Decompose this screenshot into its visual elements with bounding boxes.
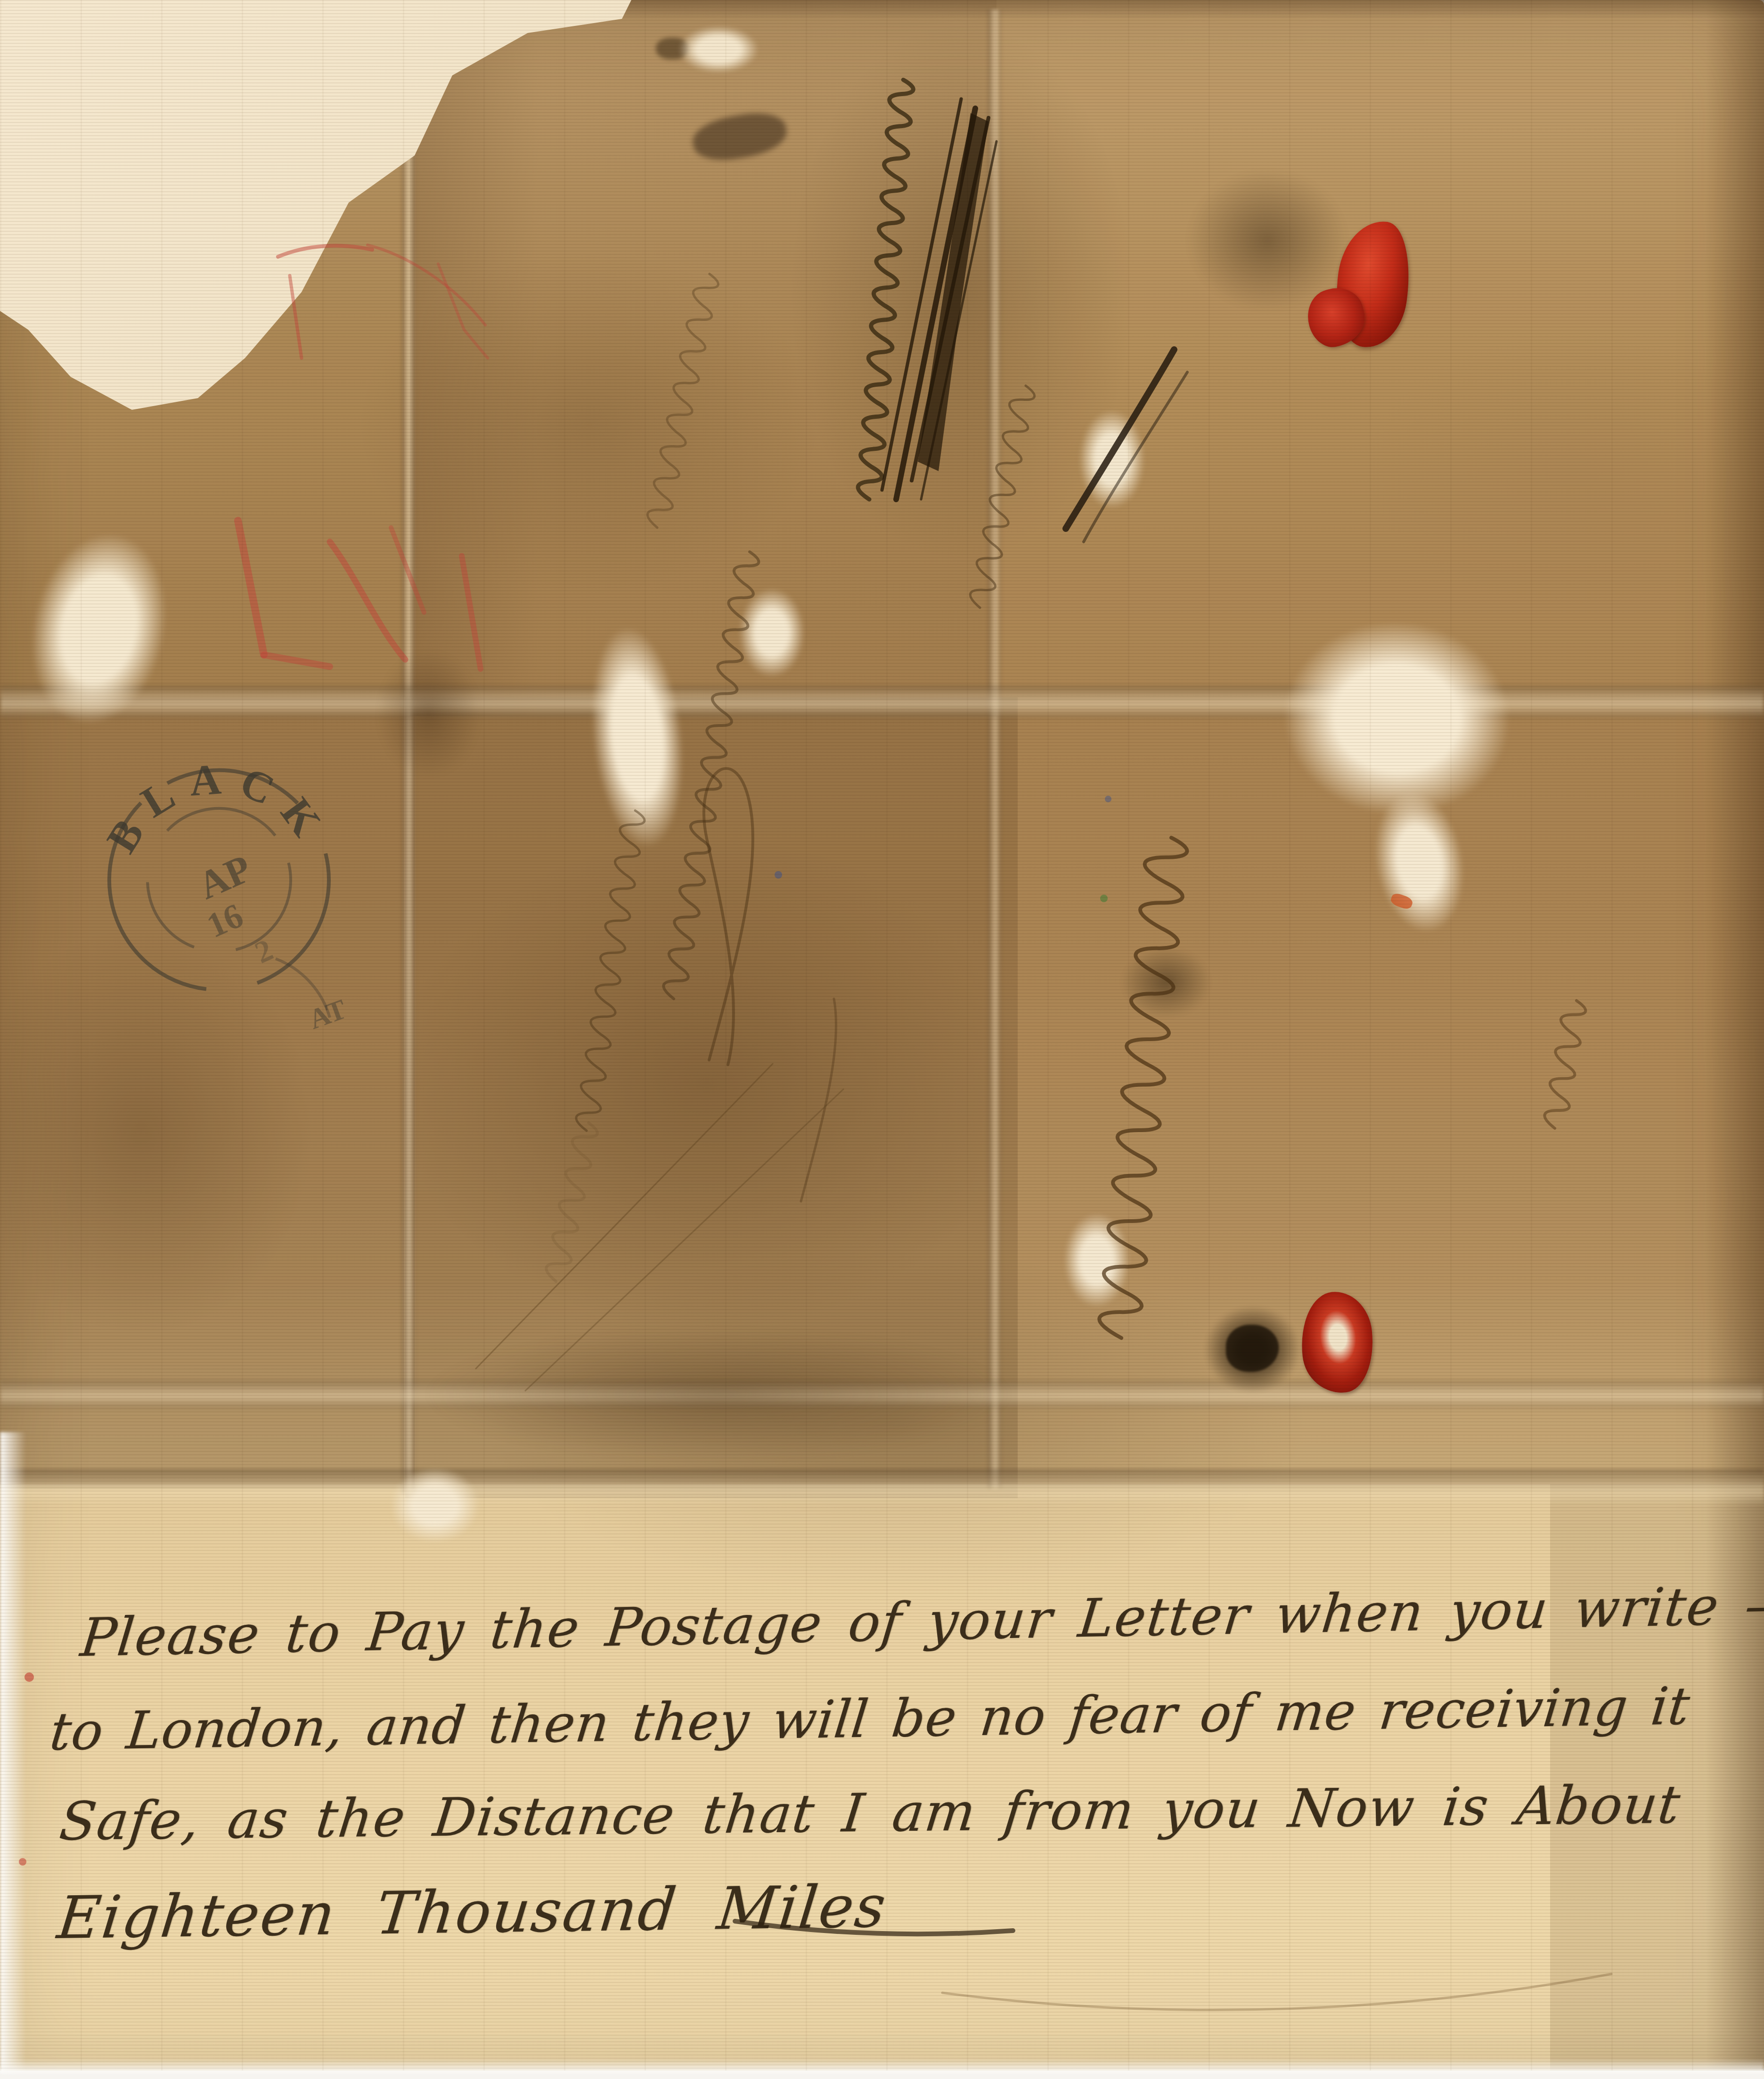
- postmark: BLACK AP 16 2: [82, 726, 371, 1013]
- edge-ink-fragment: [1528, 998, 1601, 1131]
- ink-slash: [1066, 350, 1187, 542]
- flourish-script: [704, 768, 1253, 1341]
- ink-layer: BLACK AP 16 2 AT: [0, 0, 1764, 2079]
- postmark-line3: 2: [250, 932, 278, 970]
- postscript-line-4: Eighteen Thousand Miles: [54, 1873, 890, 1952]
- pen-scratches: [476, 1064, 843, 1391]
- ink-speck-blue: [1105, 796, 1111, 802]
- postmark-fragment: AT: [305, 993, 351, 1035]
- ink-speck-green: [1100, 895, 1108, 902]
- letter-paper: BLACK AP 16 2 AT: [0, 0, 1764, 2071]
- scanned-letter-canvas: BLACK AP 16 2 AT: [0, 0, 1764, 2079]
- ink-speck-blue: [775, 871, 782, 879]
- address-scrawls: [533, 78, 1063, 1133]
- postmark-line1: AP: [192, 847, 258, 908]
